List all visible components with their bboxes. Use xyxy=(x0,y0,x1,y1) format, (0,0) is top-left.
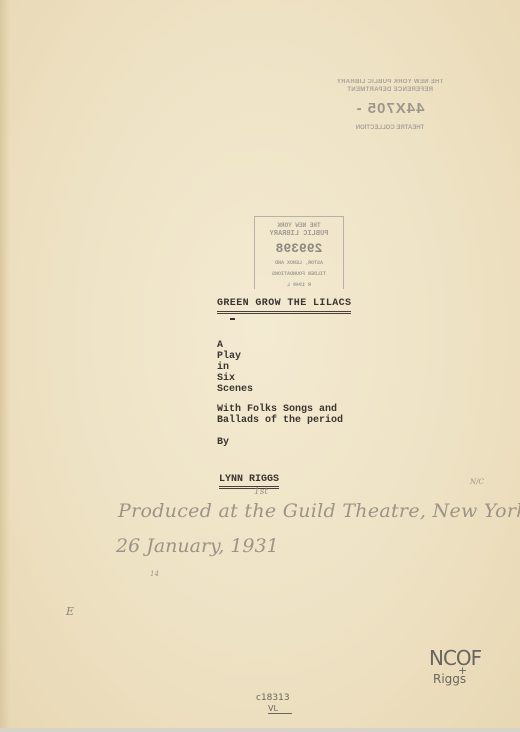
stamp-line: R 1946 L xyxy=(255,282,343,289)
stamp-line: TILDEN FOUNDATIONS xyxy=(255,271,343,278)
title-dash xyxy=(230,318,235,320)
author-name: LYNN RIGGS xyxy=(219,474,279,489)
handwritten-note-date: 26 January, 1931 xyxy=(116,535,279,557)
subtitle-line: Play xyxy=(217,351,241,362)
subtitle-line: A xyxy=(217,340,223,351)
stamp-line: THE NEW YORK xyxy=(255,222,343,230)
stamp-line: PUBLIC LIBRARY xyxy=(255,230,343,239)
handwritten-mark: E xyxy=(66,605,74,618)
call-number: NCOF xyxy=(429,646,481,670)
stamp-line: REFERENCE DEPARTMENT xyxy=(330,86,450,94)
accession-initials: VL xyxy=(268,704,292,714)
stamp-line: THE NEW YORK PUBLIC LIBRARY xyxy=(330,78,450,86)
handwritten-mark: 1st xyxy=(254,487,268,497)
subtitle-line: Scenes xyxy=(217,384,253,395)
library-stamp-top: THE NEW YORK PUBLIC LIBRARY REFERENCE DE… xyxy=(330,78,450,131)
description-line: With Folks Songs and xyxy=(217,404,337,415)
stamp-line: THEATRE COLLECTION xyxy=(330,125,450,131)
description-line: Ballads of the period xyxy=(217,415,343,426)
stamp-number: 299398 xyxy=(255,241,343,256)
play-title: GREEN GROW THE LILACS xyxy=(217,298,351,314)
library-stamp-box: THE NEW YORK PUBLIC LIBRARY 299398 ASTOR… xyxy=(254,216,344,289)
call-number-name: Riggs xyxy=(433,672,466,686)
stamp-number: 44X705 - xyxy=(330,100,450,117)
stamp-line: ASTOR, LENOX AND xyxy=(255,260,343,267)
accession-number: c18313 xyxy=(256,693,290,703)
handwritten-mark: 14 xyxy=(150,570,159,578)
by-label: By xyxy=(217,437,229,448)
document-page: THE NEW YORK PUBLIC LIBRARY REFERENCE DE… xyxy=(0,0,520,732)
subtitle-line: in xyxy=(217,362,229,373)
subtitle-line: Six xyxy=(217,373,235,384)
handwritten-note-venue: Produced at the Guild Theatre, New York xyxy=(118,500,520,522)
handwritten-mark: N/C xyxy=(470,478,484,486)
